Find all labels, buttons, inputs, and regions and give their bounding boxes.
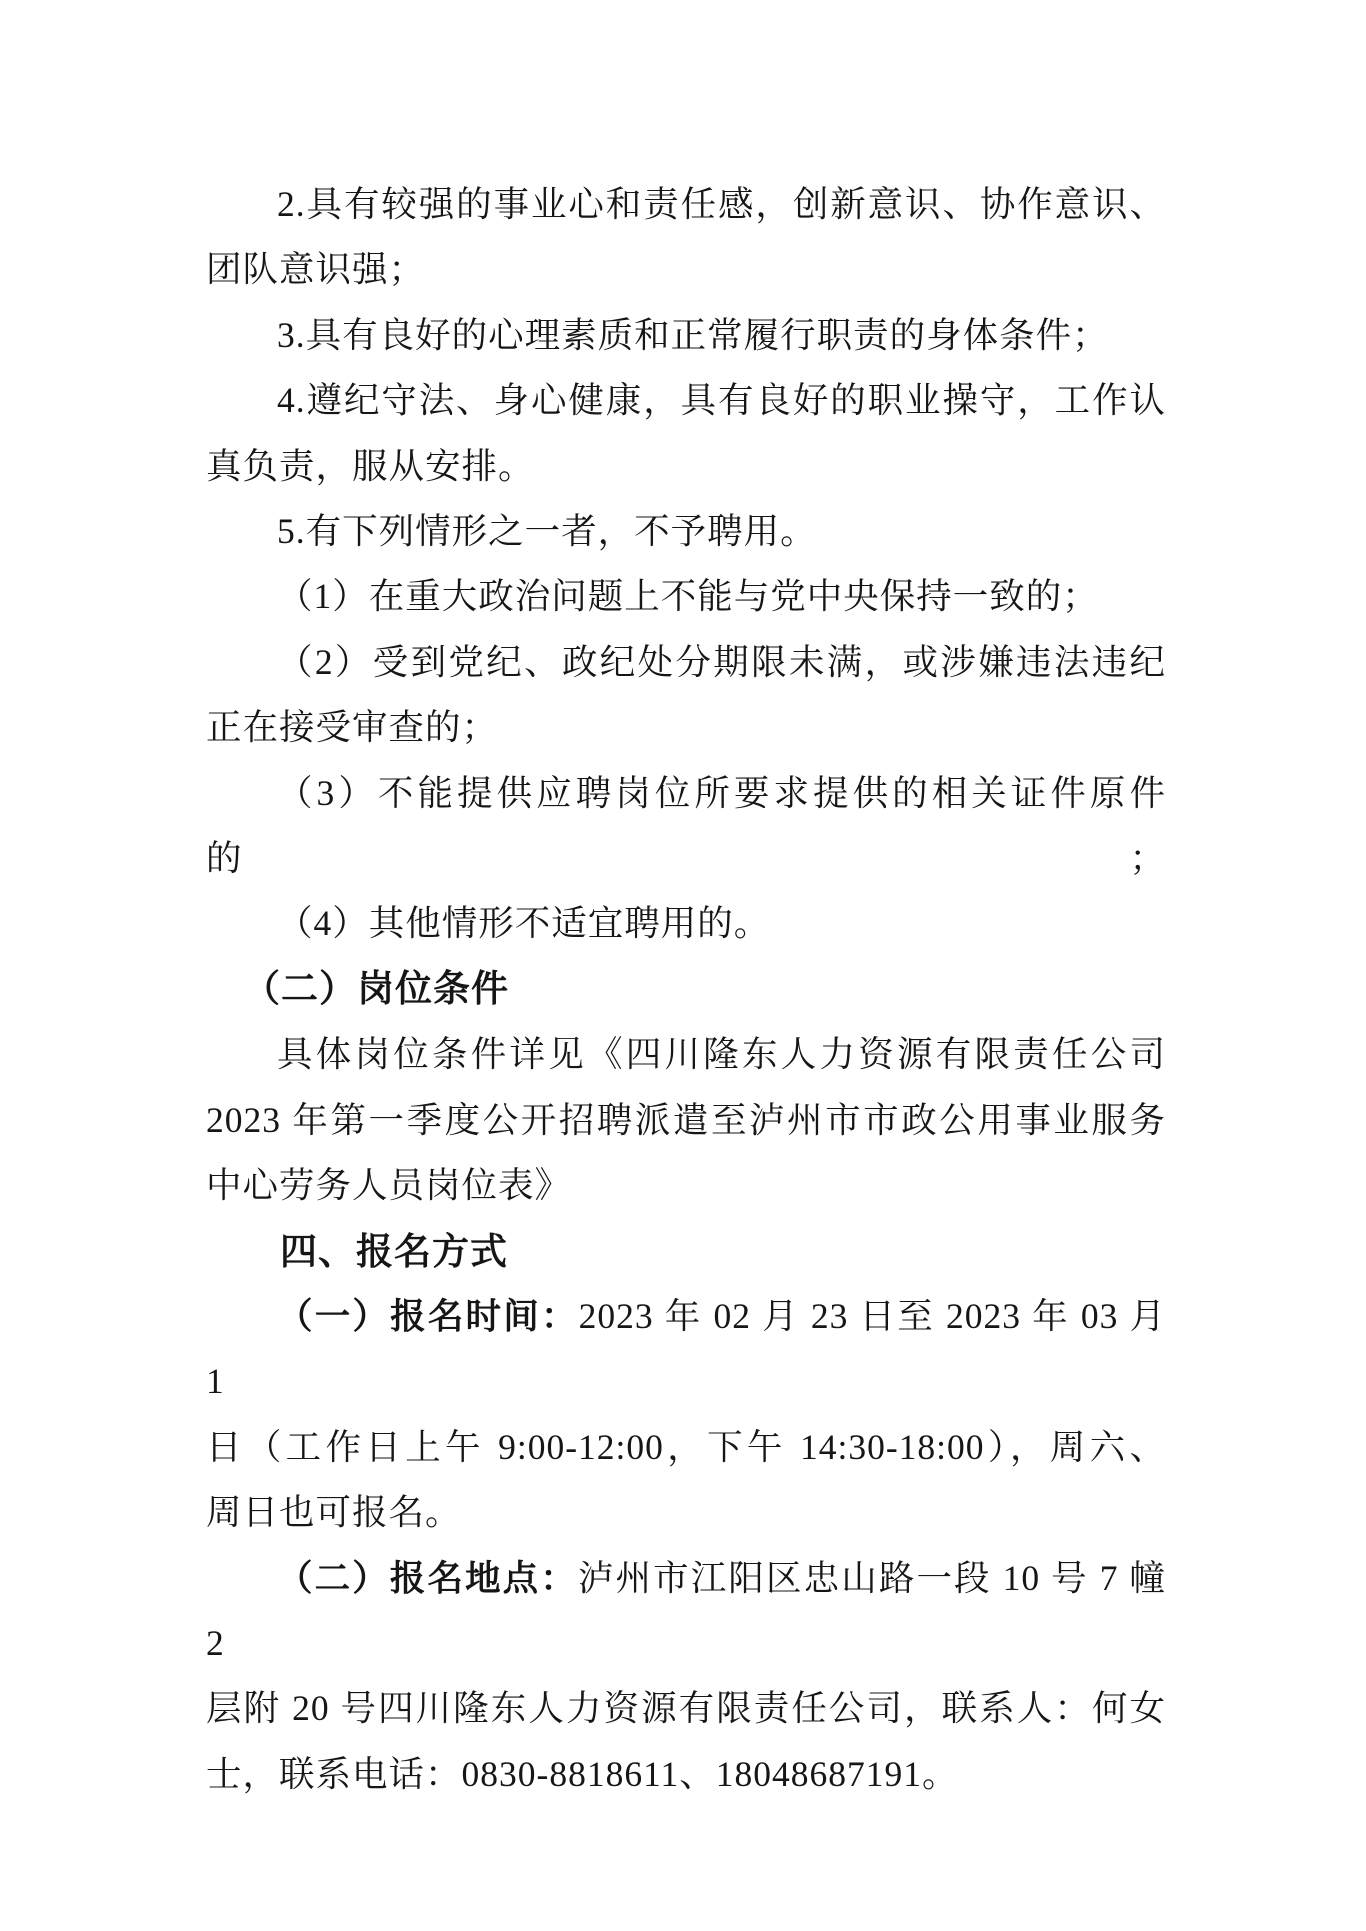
- disqualification-item-1-text: （1）在重大政治问题上不能与党中央保持一致的；: [277, 576, 1099, 616]
- clause-5: 5.有下列情形之一者，不予聘用。: [206, 499, 1166, 564]
- clause-2-line-1-text: 2.具有较强的事业心和责任感，创新意识、协作意识、: [277, 184, 1166, 224]
- registration-time-line-3-text: 周日也可报名。: [206, 1492, 462, 1532]
- disqualification-item-2-line-1: （2）受到党纪、政纪处分期限未满，或涉嫌违法违纪: [206, 630, 1166, 695]
- clause-3-text: 3.具有良好的心理素质和正常履行职责的身体条件；: [277, 315, 1109, 355]
- clause-4-line-2: 真负责，服从安排。: [206, 434, 1166, 499]
- document-page: 2.具有较强的事业心和责任感，创新意识、协作意识、团队意识强；3.具有良好的心理…: [0, 0, 1366, 1931]
- post-conditions-line-2: 2023 年第一季度公开招聘派遣至泸州市市政公用事业服务: [206, 1088, 1166, 1153]
- heading-registration: 四、报名方式: [206, 1219, 1166, 1284]
- disqualification-item-2-line-2: 正在接受审查的；: [206, 695, 1166, 760]
- registration-place-line-3-text: 士，联系电话：0830-8818611、18048687191。: [206, 1754, 959, 1794]
- clause-2-line-1: 2.具有较强的事业心和责任感，创新意识、协作意识、: [206, 172, 1166, 237]
- post-conditions-line-3: 中心劳务人员岗位表》: [206, 1153, 1166, 1218]
- heading-post-conditions: （二）岗位条件: [206, 957, 1166, 1022]
- disqualification-item-3-text: （3）不能提供应聘岗位所要求提供的相关证件原件的；: [206, 773, 1166, 878]
- clause-5-text: 5.有下列情形之一者，不予聘用。: [277, 511, 817, 551]
- clause-3: 3.具有良好的心理素质和正常履行职责的身体条件；: [206, 303, 1166, 368]
- registration-place-line-1: （二）报名地点：泸州市江阳区忠山路一段 10 号 7 幢 2: [206, 1546, 1166, 1677]
- post-conditions-line-1-text: 具体岗位条件详见《四川隆东人力资源有限责任公司: [277, 1034, 1166, 1074]
- registration-time-line-2: 日（工作日上午 9:00-12:00，下午 14:30-18:00），周六、: [206, 1415, 1166, 1480]
- clause-4-line-1: 4.遵纪守法、身心健康，具有良好的职业操守，工作认: [206, 368, 1166, 433]
- registration-place-line-2-text: 层附 20 号四川隆东人力资源有限责任公司，联系人：何女: [206, 1688, 1166, 1728]
- registration-time-line-1-text: （一）报名时间：: [277, 1296, 579, 1336]
- registration-place-line-1-text: （二）报名地点：: [277, 1558, 578, 1598]
- post-conditions-line-3-text: 中心劳务人员岗位表》: [206, 1165, 571, 1205]
- disqualification-item-4: （4）其他情形不适宜聘用的。: [206, 891, 1166, 956]
- post-conditions-line-1: 具体岗位条件详见《四川隆东人力资源有限责任公司: [206, 1022, 1166, 1087]
- clause-2-line-2-text: 团队意识强；: [206, 249, 425, 289]
- disqualification-item-2-line-2-text: 正在接受审查的；: [206, 707, 498, 747]
- disqualification-item-1: （1）在重大政治问题上不能与党中央保持一致的；: [206, 564, 1166, 629]
- heading-registration-text: 四、报名方式: [280, 1231, 508, 1272]
- disqualification-item-3: （3）不能提供应聘岗位所要求提供的相关证件原件的；: [206, 761, 1166, 892]
- registration-place-line-3: 士，联系电话：0830-8818611、18048687191。: [206, 1742, 1166, 1807]
- document-body: 2.具有较强的事业心和责任感，创新意识、协作意识、团队意识强；3.具有良好的心理…: [206, 172, 1166, 1807]
- heading-post-conditions-text: （二）岗位条件: [243, 969, 509, 1010]
- clause-2-line-2: 团队意识强；: [206, 237, 1166, 302]
- disqualification-item-4-text: （4）其他情形不适宜聘用的。: [277, 903, 770, 943]
- registration-place-line-2: 层附 20 号四川隆东人力资源有限责任公司，联系人：何女: [206, 1676, 1166, 1741]
- registration-time-line-2-text: 日（工作日上午 9:00-12:00，下午 14:30-18:00），周六、: [206, 1427, 1166, 1467]
- registration-time-line-1: （一）报名时间：2023 年 02 月 23 日至 2023 年 03 月 1: [206, 1284, 1166, 1415]
- post-conditions-line-2-text: 2023 年第一季度公开招聘派遣至泸州市市政公用事业服务: [206, 1100, 1166, 1140]
- registration-time-line-3: 周日也可报名。: [206, 1480, 1166, 1545]
- clause-4-line-2-text: 真负责，服从安排。: [206, 446, 535, 486]
- clause-4-line-1-text: 4.遵纪守法、身心健康，具有良好的职业操守，工作认: [277, 380, 1166, 420]
- disqualification-item-2-line-1-text: （2）受到党纪、政纪处分期限未满，或涉嫌违法违纪: [277, 642, 1166, 682]
